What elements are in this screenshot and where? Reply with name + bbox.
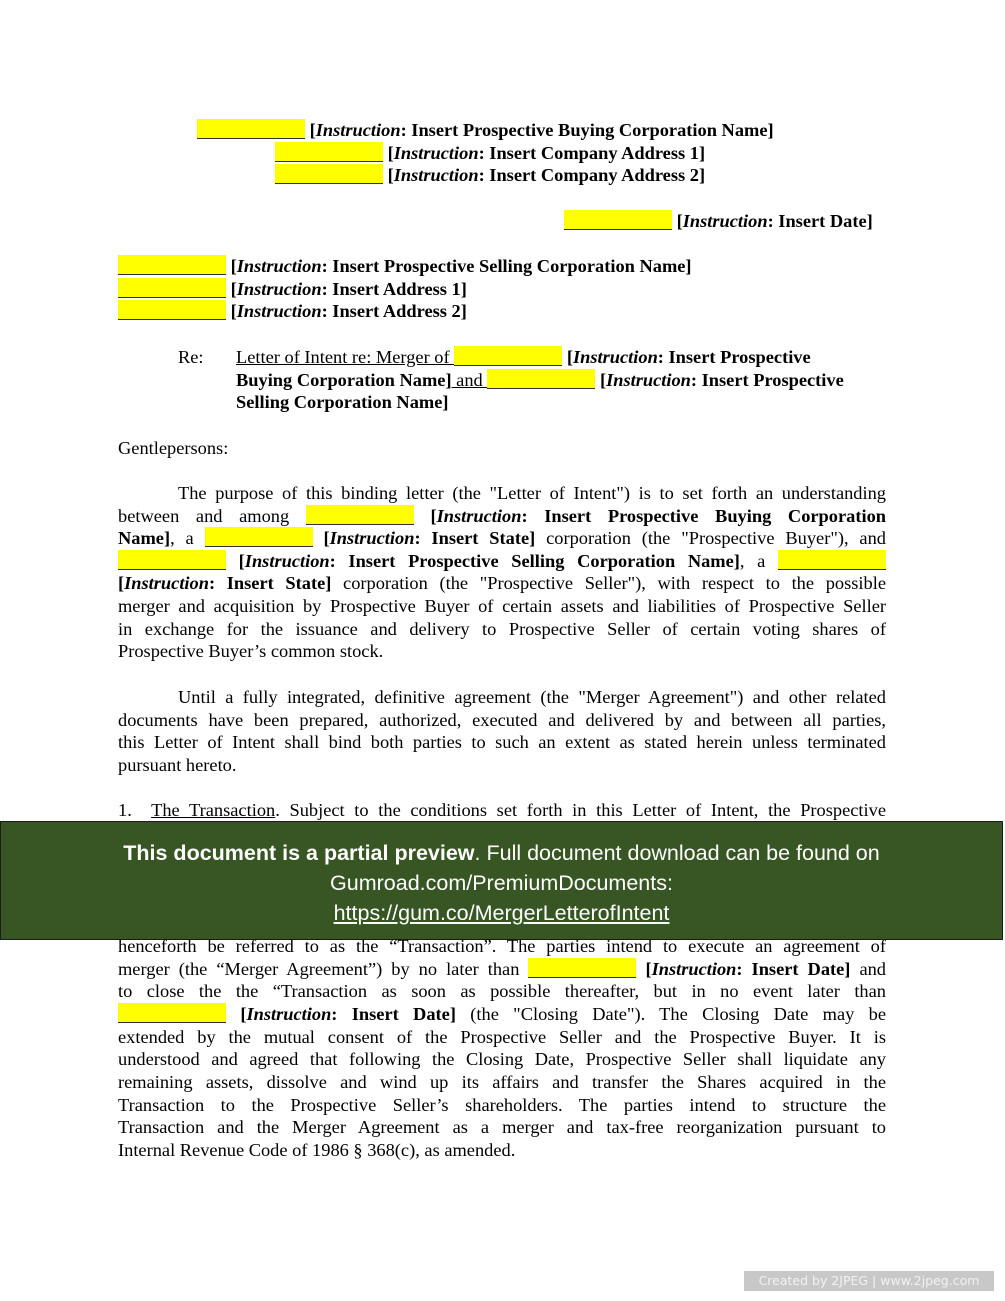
- text: , a: [170, 528, 205, 548]
- blank-field[interactable]: [118, 550, 226, 570]
- banner-line2: Gumroad.com/PremiumDocuments:: [1, 868, 1002, 898]
- para1-line5: [Instruction: Insert State] corporation …: [118, 572, 886, 595]
- blank-field[interactable]: [118, 300, 226, 320]
- watermark: Created by 2JPEG | www.2jpeg.com: [744, 1271, 994, 1291]
- instruction-text: : Insert Prospective: [691, 370, 844, 390]
- blank-field[interactable]: [118, 278, 226, 298]
- text: corporation (the "Prospective Seller"), …: [331, 573, 886, 593]
- blank-field[interactable]: [778, 550, 886, 570]
- instruction-text: : Insert Company Address 1]: [479, 143, 706, 163]
- blank-field[interactable]: [118, 255, 226, 275]
- instruction-text: : Insert Address 2]: [322, 301, 467, 321]
- instruction-label: Instruction: [245, 551, 330, 571]
- blank-field[interactable]: [197, 119, 305, 139]
- instruction-text: : Insert Date]: [768, 211, 873, 231]
- blank-field[interactable]: [306, 505, 414, 525]
- blank-field[interactable]: [118, 1003, 226, 1023]
- para2-line3: this Letter of Intent shall bind both pa…: [118, 731, 886, 754]
- para1-line2: between and among [Instruction: Insert P…: [118, 505, 886, 528]
- instruction-label: Instruction: [246, 1004, 331, 1024]
- re-and: and: [452, 370, 488, 390]
- date-line: [Instruction: Insert Date]: [564, 210, 873, 232]
- instruction-text: : Insert State]: [209, 573, 331, 593]
- section1-line9: Transaction to the Prospective Seller’s …: [118, 1094, 886, 1117]
- instruction-label: Instruction: [237, 301, 322, 321]
- para1-line8: Prospective Buyer’s common stock.: [118, 640, 886, 663]
- instruction-text: : Insert Date]: [736, 959, 850, 979]
- banner-bold-text: This document is a partial preview: [123, 841, 474, 865]
- section1-line3: merger (the “Merger Agreement”) by no la…: [118, 958, 886, 981]
- re-subject-line1: Letter of Intent re: Merger of [Instruct…: [236, 346, 811, 368]
- instruction-label: Instruction: [124, 573, 209, 593]
- seller-name-line: [Instruction: Insert Prospective Selling…: [118, 255, 692, 277]
- para2-line1: Until a fully integrated, definitive agr…: [118, 686, 886, 709]
- blank-field[interactable]: [528, 958, 636, 978]
- section1-line8: remaining assets, dissolve and wind up i…: [118, 1071, 886, 1094]
- text: and: [850, 959, 886, 979]
- buyer-address2-line: [Instruction: Insert Company Address 2]: [275, 164, 705, 186]
- instruction-label: Instruction: [573, 347, 658, 367]
- instruction-text: : Insert Prospective Selling Corporation…: [330, 551, 740, 571]
- instruction-text: : Insert Prospective Selling Corporation…: [322, 256, 692, 276]
- instruction-text: : Insert Prospective Buying Corporation: [521, 506, 886, 526]
- text: merger (the “Merger Agreement”) by no la…: [118, 959, 528, 979]
- instruction-label: Instruction: [606, 370, 691, 390]
- para1-line3: Name], a [Instruction: Insert State] cor…: [118, 527, 886, 550]
- blank-field[interactable]: [275, 164, 383, 184]
- salutation: Gentlepersons:: [118, 437, 228, 459]
- instruction-text: : Insert Date]: [331, 1004, 456, 1024]
- blank-field[interactable]: [487, 369, 595, 389]
- section1-line4: to close the the “Transaction as soon as…: [118, 980, 886, 1003]
- instruction-label: Instruction: [237, 279, 322, 299]
- buyer-name-line: [Instruction: Insert Prospective Buying …: [197, 119, 774, 141]
- seller-address2-line: [Instruction: Insert Address 2]: [118, 300, 467, 322]
- download-link[interactable]: https://gum.co/MergerLetterofIntent: [334, 901, 670, 925]
- instruction-label: Instruction: [330, 528, 415, 548]
- section1-line1: 1. The Transaction. Subject to the condi…: [118, 799, 886, 822]
- section1-line11: Internal Revenue Code of 1986 § 368(c), …: [118, 1139, 886, 1162]
- instruction-text: : Insert Company Address 2]: [479, 165, 706, 185]
- instruction-label: Instruction: [652, 959, 737, 979]
- re-label: Re:: [178, 346, 204, 368]
- section-number: 1.: [118, 800, 132, 820]
- banner-text: . Full document download can be found on: [475, 841, 880, 865]
- text: , a: [740, 551, 778, 571]
- instruction-text: : Insert Prospective: [658, 347, 811, 367]
- blank-field[interactable]: [275, 142, 383, 162]
- para1-line7: in exchange for the issuance and deliver…: [118, 618, 886, 641]
- re-bold-text: Buying Corporation Name]: [236, 370, 452, 390]
- buyer-address1-line: [Instruction: Insert Company Address 1]: [275, 142, 705, 164]
- para2-line4: pursuant hereto.: [118, 754, 886, 777]
- section-title: The Transaction: [151, 800, 275, 820]
- re-subject-prefix: Letter of Intent re: Merger of: [236, 347, 454, 367]
- section1-line5: [Instruction: Insert Date] (the "Closing…: [118, 1003, 886, 1026]
- section1-line6: extended by the mutual consent of the Pr…: [118, 1026, 886, 1049]
- instruction-label: Instruction: [237, 256, 322, 276]
- blank-field[interactable]: [205, 527, 313, 547]
- bold-text: Name]: [118, 528, 170, 548]
- blank-field[interactable]: [564, 210, 672, 230]
- para1-line4: [Instruction: Insert Prospective Selling…: [118, 550, 886, 573]
- instruction-label: Instruction: [394, 165, 479, 185]
- instruction-label: Instruction: [683, 211, 768, 231]
- text: (the "Closing Date"). The Closing Date m…: [456, 1004, 886, 1024]
- section1-line7: understood and agreed that following the…: [118, 1048, 886, 1071]
- instruction-text: : Insert Prospective Buying Corporation …: [401, 120, 774, 140]
- para2-line2: documents have been prepared, authorized…: [118, 709, 886, 732]
- para1-line6: merger and acquisition by Prospective Bu…: [118, 595, 886, 618]
- re-subject-line3: Selling Corporation Name]: [236, 391, 449, 413]
- text: corporation (the "Prospective Buyer"), a…: [535, 528, 886, 548]
- text: between and among: [118, 506, 306, 526]
- para1-line1: The purpose of this binding letter (the …: [118, 482, 886, 505]
- banner-line1: This document is a partial preview. Full…: [1, 838, 1002, 868]
- re-subject-line2: Buying Corporation Name] and [Instructio…: [236, 369, 844, 391]
- instruction-label: Instruction: [394, 143, 479, 163]
- instruction-label: Instruction: [316, 120, 401, 140]
- text: . Subject to the conditions set forth in…: [275, 800, 886, 820]
- instruction-text: : Insert Address 1]: [322, 279, 467, 299]
- instruction-label: Instruction: [437, 506, 522, 526]
- section1-line10: Transaction and the Merger Agreement as …: [118, 1116, 886, 1139]
- partial-preview-banner: This document is a partial preview. Full…: [0, 821, 1003, 940]
- blank-field[interactable]: [454, 346, 562, 366]
- instruction-text: : Insert State]: [414, 528, 535, 548]
- seller-address1-line: [Instruction: Insert Address 1]: [118, 278, 467, 300]
